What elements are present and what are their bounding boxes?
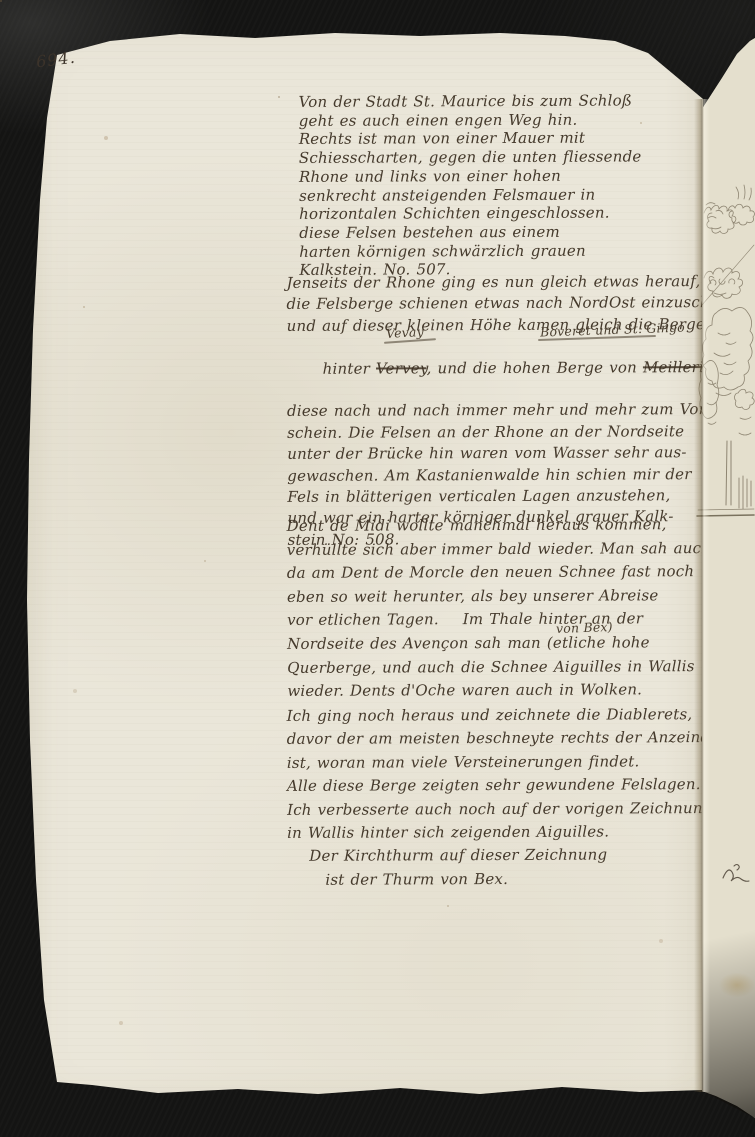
manuscript-line: in Wallis hinter sich zeigenden Aiguille… — [287, 820, 701, 845]
manuscript-line: schein. Die Felsen an der Rhone an der N… — [287, 421, 701, 444]
manuscript-line: Alle diese Berge zeigten sehr gewundene … — [287, 773, 701, 798]
tree-foliage-sketch — [696, 183, 755, 533]
manuscript-line: vor etlichen Tagen. Im Thale hinter an d… — [287, 607, 701, 632]
manuscript-line: Querberge, und auch die Schnee Aiguilles… — [287, 655, 701, 680]
manuscript-line-with-corrections: hinter Vervey, und die hohen Berge von M… — [287, 335, 701, 401]
manuscript-line: diese Felsen bestehen aus einem — [299, 222, 713, 243]
paragraph-4: Ich ging noch heraus und zeichnete die D… — [287, 703, 702, 892]
struck-word-vervey: Vervey — [376, 359, 427, 377]
manuscript-line: Rhone und links von einer hohen — [299, 166, 713, 187]
manuscript-line: davor der am meisten beschneyte rechts d… — [287, 727, 701, 752]
manuscript-line: diese nach und nach immer mehr und mehr … — [287, 400, 701, 423]
line-text: hinter — [323, 359, 376, 377]
manuscript-line: ist der Thurm von Bex. — [325, 867, 701, 892]
manuscript-line: horizontalen Schichten eingeschlossen. — [299, 203, 713, 224]
manuscript-line: geht es auch einen engen Weg hin. — [299, 110, 713, 131]
interlinear-insertion-von-bex: von Bex) — [556, 619, 613, 636]
manuscript-line: Rechts ist man von einer Mauer mit — [299, 129, 713, 150]
manuscript-line: Fels in blätterigen verticalen Lagen anz… — [287, 485, 701, 508]
manuscript-line: Schiesscharten, gegen die unten fliessen… — [299, 147, 713, 168]
manuscript-line: Von der Stadt St. Maurice bis zum Schloß — [299, 91, 713, 112]
paragraph-2: Jenseits der Rhone ging es nun gleich et… — [286, 271, 701, 551]
manuscript-line: Jenseits der Rhone ging es nun gleich et… — [286, 271, 700, 294]
manuscript-line: harten körnigen schwärzlich grauen — [299, 241, 713, 262]
manuscript-photograph: 694. Von der Stadt St. Maurice bis zum S… — [0, 0, 755, 1137]
manuscript-line: verhüllte sich aber immer bald wieder. M… — [287, 537, 701, 562]
manuscript-line: Ich ging noch heraus und zeichnete die D… — [287, 703, 701, 728]
manuscript-line: senkrecht ansteigenden Felsmauer in — [299, 185, 713, 206]
ink-flourish-fragment — [720, 860, 754, 886]
manuscript-line: da am Dent de Morcle den neuen Schnee fa… — [287, 560, 701, 585]
paper-fox-spots — [0, 0, 2, 2]
paragraph-3: Dent de Midi wollte manchmal heraus komm… — [287, 513, 702, 704]
manuscript-line: Dent de Midi wollte manchmal heraus komm… — [287, 513, 701, 538]
manuscript-line: wieder. Dents d'Oche waren auch in Wolke… — [287, 678, 701, 703]
manuscript-line: gewaschen. Am Kastanienwalde hin schien … — [287, 464, 701, 487]
manuscript-line: Der Kirchthurm auf dieser Zeichnung — [309, 844, 701, 869]
paragraph-1: Von der Stadt St. Maurice bis zum Schloß… — [299, 91, 714, 280]
manuscript-line: ist, woran man viele Versteinerungen fin… — [287, 750, 701, 775]
manuscript-line: die Felsberge schienen etwas nach NordOs… — [286, 293, 700, 316]
manuscript-line: unter der Brücke hin waren vom Wasser se… — [287, 442, 701, 465]
manuscript-line: Nordseite des Avençon sah man (etliche h… — [287, 631, 701, 656]
line-text: , und die hohen Berge von — [427, 358, 643, 377]
manuscript-line: Ich verbesserte auch noch auf der vorige… — [287, 797, 701, 822]
manuscript-line: eben so weit herunter, als bey unserer A… — [287, 584, 701, 609]
